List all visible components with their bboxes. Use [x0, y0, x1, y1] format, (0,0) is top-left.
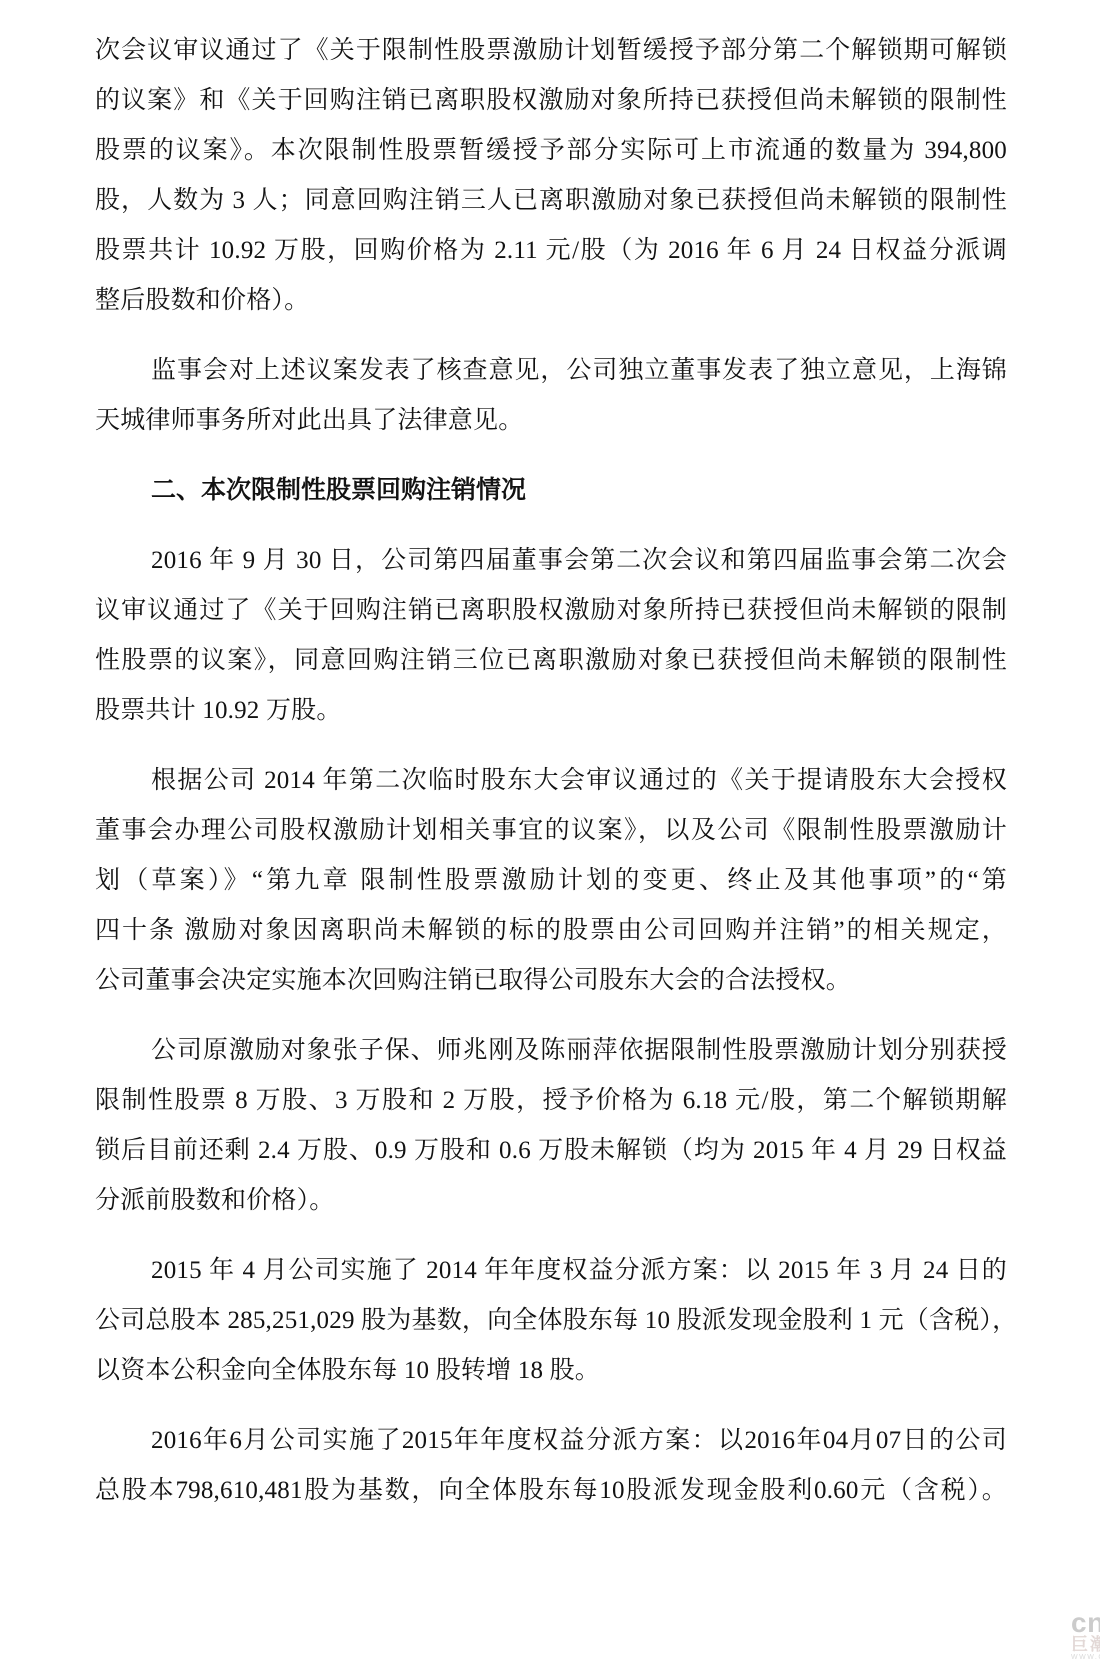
- text-line: 公司董事会决定实施本次回购注销已取得公司股东大会的合法授权。: [95, 956, 1007, 1006]
- text-line: 限制性股票 8 万股、3 万股和 2 万股，授予价格为 6.18 元/股，第二个…: [95, 1076, 1007, 1126]
- text-line: 性股票的议案》，同意回购注销三位已离职激励对象已获授但尚未解锁的限制性: [95, 636, 1007, 686]
- text-line: 股票共计 10.92 万股，回购价格为 2.11 元/股（为 2016 年 6 …: [95, 226, 1007, 276]
- text-line: 次会议审议通过了《关于限制性股票激励计划暂缓授予部分第二个解锁期可解锁: [95, 26, 1007, 76]
- text-line: 2016年6月公司实施了2015年年度权益分派方案：以2016年04月07日的公…: [95, 1416, 1007, 1466]
- cninfo-watermark-chinese: 巨潮资讯网: [1071, 1636, 1100, 1654]
- text-line: 的议案》和《关于回购注销已离职股权激励对象所持已获授但尚未解锁的限制性: [95, 76, 1007, 126]
- paragraph-4: 根据公司 2014 年第二次临时股东大会审议通过的《关于提请股东大会授权 董事会…: [95, 756, 1007, 1006]
- paragraph-3: 2016 年 9 月 30 日，公司第四届董事会第二次会议和第四届监事会第二次会…: [95, 536, 1007, 736]
- text-line: 2016 年 9 月 30 日，公司第四届董事会第二次会议和第四届监事会第二次会: [95, 536, 1007, 586]
- paragraph-7: 2016年6月公司实施了2015年年度权益分派方案：以2016年04月07日的公…: [95, 1416, 1007, 1516]
- text-line: 2015 年 4 月公司实施了 2014 年年度权益分派方案：以 2015 年 …: [95, 1246, 1007, 1296]
- paragraph-6: 2015 年 4 月公司实施了 2014 年年度权益分派方案：以 2015 年 …: [95, 1246, 1007, 1396]
- text-line: 监事会对上述议案发表了核查意见，公司独立董事发表了独立意见，上海锦: [95, 346, 1007, 396]
- text-line: 董事会办理公司股权激励计划相关事宜的议案》，以及公司《限制性股票激励计: [95, 806, 1007, 856]
- text-line: 天城律师事务所对此出具了法律意见。: [95, 396, 1007, 446]
- paragraph-2: 监事会对上述议案发表了核查意见，公司独立董事发表了独立意见，上海锦 天城律师事务…: [95, 346, 1007, 446]
- text-line: 议审议通过了《关于回购注销已离职股权激励对象所持已获授但尚未解锁的限制: [95, 586, 1007, 636]
- cninfo-watermark-logo: cninfo: [1071, 1610, 1100, 1636]
- text-line: 整后股数和价格）。: [95, 276, 1007, 326]
- text-line: 公司原激励对象张子保、师兆刚及陈丽萍依据限制性股票激励计划分别获授: [95, 1026, 1007, 1076]
- text-line: 总股本798,610,481股为基数，向全体股东每10股派发现金股利0.60元（…: [95, 1466, 1007, 1516]
- section-heading-2: 二、本次限制性股票回购注销情况: [95, 466, 1007, 516]
- text-line: 股，人数为 3 人；同意回购注销三人已离职激励对象已获授但尚未解锁的限制性: [95, 176, 1007, 226]
- paragraph-1: 次会议审议通过了《关于限制性股票激励计划暂缓授予部分第二个解锁期可解锁 的议案》…: [95, 26, 1007, 326]
- document-body: 次会议审议通过了《关于限制性股票激励计划暂缓授予部分第二个解锁期可解锁 的议案》…: [95, 26, 1007, 1536]
- cninfo-watermark-url: WWW.CNINFO.COM.CN: [1071, 1654, 1100, 1661]
- text-line: 四十条 激励对象因离职尚未解锁的标的股票由公司回购并注销”的相关规定，: [95, 906, 1007, 956]
- text-line: 根据公司 2014 年第二次临时股东大会审议通过的《关于提请股东大会授权: [95, 756, 1007, 806]
- document-page: { "page": { "background": "#ffffff", "te…: [0, 0, 1100, 1661]
- text-line: 划（草案）》“第九章 限制性股票激励计划的变更、终止及其他事项”的“第: [95, 856, 1007, 906]
- text-line: 公司总股本 285,251,029 股为基数，向全体股东每 10 股派发现金股利…: [95, 1296, 1007, 1346]
- text-line: 股票的议案》。本次限制性股票暂缓授予部分实际可上市流通的数量为 394,800: [95, 126, 1007, 176]
- text-line: 股票共计 10.92 万股。: [95, 686, 1007, 736]
- cninfo-watermark: cninfo 巨潮资讯网 WWW.CNINFO.COM.CN: [1071, 1610, 1100, 1661]
- paragraph-5: 公司原激励对象张子保、师兆刚及陈丽萍依据限制性股票激励计划分别获授 限制性股票 …: [95, 1026, 1007, 1226]
- text-line: 分派前股数和价格）。: [95, 1176, 1007, 1226]
- text-line: 锁后目前还剩 2.4 万股、0.9 万股和 0.6 万股未解锁（均为 2015 …: [95, 1126, 1007, 1176]
- text-line: 以资本公积金向全体股东每 10 股转增 18 股。: [95, 1346, 1007, 1396]
